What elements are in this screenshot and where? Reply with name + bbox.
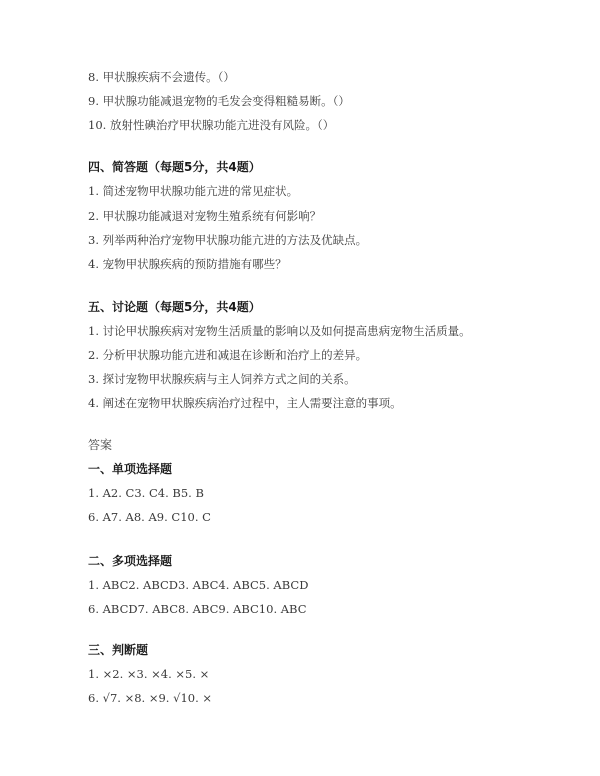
discussion-item-4: 4. 阐述在宠物甲状腺疾病治疗过程中，主人需要注意的事项。	[88, 395, 402, 411]
multiple-choice-heading: 二、多项选择题	[88, 553, 172, 569]
answers-label: 答案	[88, 437, 112, 453]
judgment-item-9: 9. 甲状腺功能减退宠物的毛发会变得粗糙易断。（）	[88, 93, 350, 109]
multiple-choice-answers-1: 1. ABC2. ABCD3. ABC4. ABC5. ABCD	[88, 577, 308, 593]
discussion-heading: 五、讨论题（每题5分，共4题）	[88, 299, 261, 315]
short-answer-item-1: 1. 简述宠物甲状腺功能亢进的常见症状。	[88, 183, 298, 199]
judgment-heading: 三、判断题	[88, 642, 148, 658]
judgment-answers-2: 6. √7. ×8. ×9. √10. ×	[88, 690, 212, 706]
discussion-item-1: 1. 讨论甲状腺疾病对宠物生活质量的影响以及如何提高患病宠物生活质量。	[88, 323, 471, 339]
discussion-item-2: 2. 分析甲状腺功能亢进和减退在诊断和治疗上的差异。	[88, 347, 367, 363]
short-answer-item-3: 3. 列举两种治疗宠物甲状腺功能亢进的方法及优缺点。	[88, 232, 367, 248]
short-answer-item-4: 4. 宠物甲状腺疾病的预防措施有哪些？	[88, 256, 287, 272]
single-choice-heading: 一、单项选择题	[88, 461, 172, 477]
single-choice-answers-2: 6. A7. A8. A9. C10. C	[88, 509, 211, 525]
judgment-answers-1: 1. ×2. ×3. ×4. ×5. ×	[88, 666, 209, 682]
discussion-item-3: 3. 探讨宠物甲状腺疾病与主人饲养方式之间的关系。	[88, 371, 356, 387]
judgment-item-8: 8. 甲状腺疾病不会遗传。（）	[88, 69, 235, 85]
single-choice-answers-1: 1. A2. C3. C4. B5. B	[88, 485, 204, 501]
short-answer-heading: 四、简答题（每题5分，共4题）	[88, 159, 261, 175]
short-answer-item-2: 2. 甲状腺功能减退对宠物生殖系统有何影响？	[88, 208, 321, 224]
multiple-choice-answers-2: 6. ABCD7. ABC8. ABC9. ABC10. ABC	[88, 601, 307, 617]
judgment-item-10: 10. 放射性碘治疗甲状腺功能亢进没有风险。（）	[88, 117, 334, 133]
